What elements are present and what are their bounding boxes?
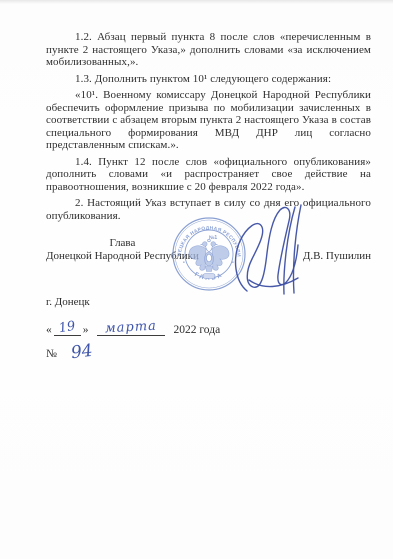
- handwritten-number: 94: [70, 341, 94, 363]
- paragraph-1-2: 1.2. Абзац первый пункта 8 после слов «п…: [46, 31, 371, 69]
- decree-document-page: 1.2. Абзац первый пункта 8 после слов «п…: [0, 0, 393, 559]
- date-day-blank: 19: [54, 321, 81, 336]
- seal-cartouche: [203, 274, 215, 279]
- date-month-blank: марта: [97, 321, 165, 336]
- eagle-right-wing: [212, 246, 229, 270]
- date-close-quote: »: [83, 324, 89, 336]
- date-line: « 19 » марта 2022 года: [46, 321, 371, 336]
- number-line: № 94: [46, 342, 371, 364]
- date-open-quote: «: [46, 324, 52, 336]
- paragraph-1-4: 1.4. Пункт 12 после слов «официального о…: [46, 156, 371, 194]
- eagle-shield: [206, 254, 211, 262]
- paragraph-10-1: «10¹. Военному комиссару Донецкой Народн…: [46, 89, 371, 152]
- date-year: 2022 года: [174, 324, 221, 336]
- double-headed-eagle-emblem: [189, 239, 229, 278]
- eagle-tail: [206, 266, 213, 272]
- seal-separator-left: •: [183, 260, 185, 266]
- signer-name: Д.В. Пушилин: [303, 250, 371, 263]
- eagle-necks: [206, 246, 213, 252]
- eagle-right-head: [211, 242, 216, 247]
- handwritten-day: 19: [58, 319, 77, 336]
- handwritten-month: марта: [104, 319, 157, 337]
- document-body: 1.2. Абзац первый пункта 8 после слов «п…: [0, 0, 393, 364]
- number-label: №: [46, 348, 57, 360]
- eagle-left-wing: [189, 246, 206, 270]
- paragraph-1-3: 1.3. Дополнить пунктом 10¹ следующего со…: [46, 73, 371, 86]
- eagle-left-head: [203, 242, 208, 247]
- signature-handwriting: [231, 201, 309, 299]
